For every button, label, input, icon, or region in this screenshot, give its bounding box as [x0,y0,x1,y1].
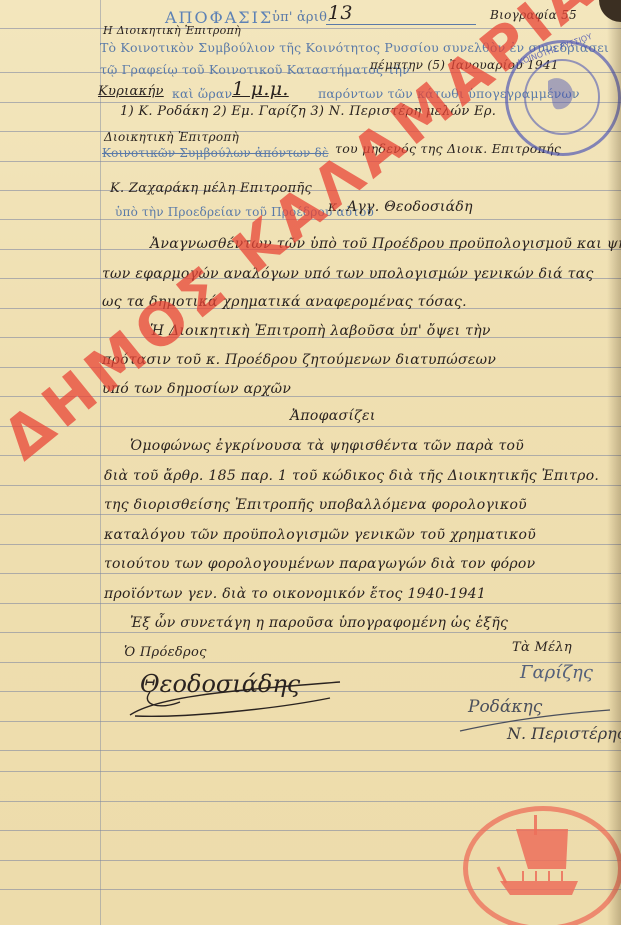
ruled-line [0,544,621,545]
meeting-time: 1 μ.μ. [232,78,289,100]
number-underline [326,24,476,25]
ruled-line [0,801,621,802]
ship-icon [468,811,608,916]
margin-line [100,0,101,925]
archive-stamp [463,806,621,925]
decision-line: διὰ τοῦ ἄρθρ. 185 παρ. 1 τοῦ κώδικος διὰ… [104,468,599,484]
members-label: Τὰ Μέλη [512,640,572,655]
page-corner [599,0,621,22]
number-label: ὑπ' ἀριθ. [272,10,331,25]
ruled-line [0,771,621,772]
line5-correction: Διοικητικὴ Ἐπιτροπὴ [104,130,239,144]
decision-line: Ὁμοφώνως ἐγκρίνουσα τὰ ψηφισθέντα τῶν πα… [130,438,524,454]
decision-number: 13 [328,2,353,24]
printed-line-3a: καὶ ὥραν [172,86,232,101]
line1-correction: Η Διοικητικὴ Ἐπιτροπὴ [103,24,241,37]
member-signature: Ν. Περιστέρης [507,724,621,743]
ruled-line [0,426,621,427]
stamp-inner-ring [524,59,600,135]
president-label: Ὁ Πρόεδρος [124,645,207,660]
ruled-line [0,603,621,604]
ruled-line [0,514,621,515]
ruled-line [0,455,621,456]
decision-line: Ἐξ ὧν συνετάγη η παροῦσα ὑπογραφομένη ὡς… [130,615,508,631]
ruled-line [0,485,621,486]
document-page: ΑΠΟΦΑΣΙΣ ὑπ' ἀριθ. 13 Βιογραφία 55 Η Διο… [0,0,621,925]
decision-line: τοιούτου των φορολογουμένων παραγωγών δι… [104,556,535,572]
ruled-line [0,573,621,574]
decision-heading: Ἀποφασίζει [290,408,376,424]
emblem-icon [526,61,598,133]
ruled-line [0,632,621,633]
ruled-line [0,750,621,751]
printed-line-5: Κοινοτικῶν Συμβούλων ἀπόντων δὲ [102,146,329,160]
member-signature: Γαρίζης [520,662,593,683]
printed-line-2: τῷ Γραφείῳ τοῦ Κοινοτικοῦ Καταστήματος τ… [100,62,410,77]
decision-line: καταλόγου τῶν προϋπολογισμῶν γενικῶν τοῦ… [104,527,536,543]
decision-line: της διορισθείσης Ἐπιτροπῆς υποβαλλόμενα … [104,497,527,513]
meeting-day: Κυριακήν [98,84,164,99]
decision-line: προϊόντων γεν. διὰ το οικονομικόν ἔτος 1… [104,586,486,602]
signature-flourish [120,680,350,720]
page-edge-shadow [607,0,621,925]
